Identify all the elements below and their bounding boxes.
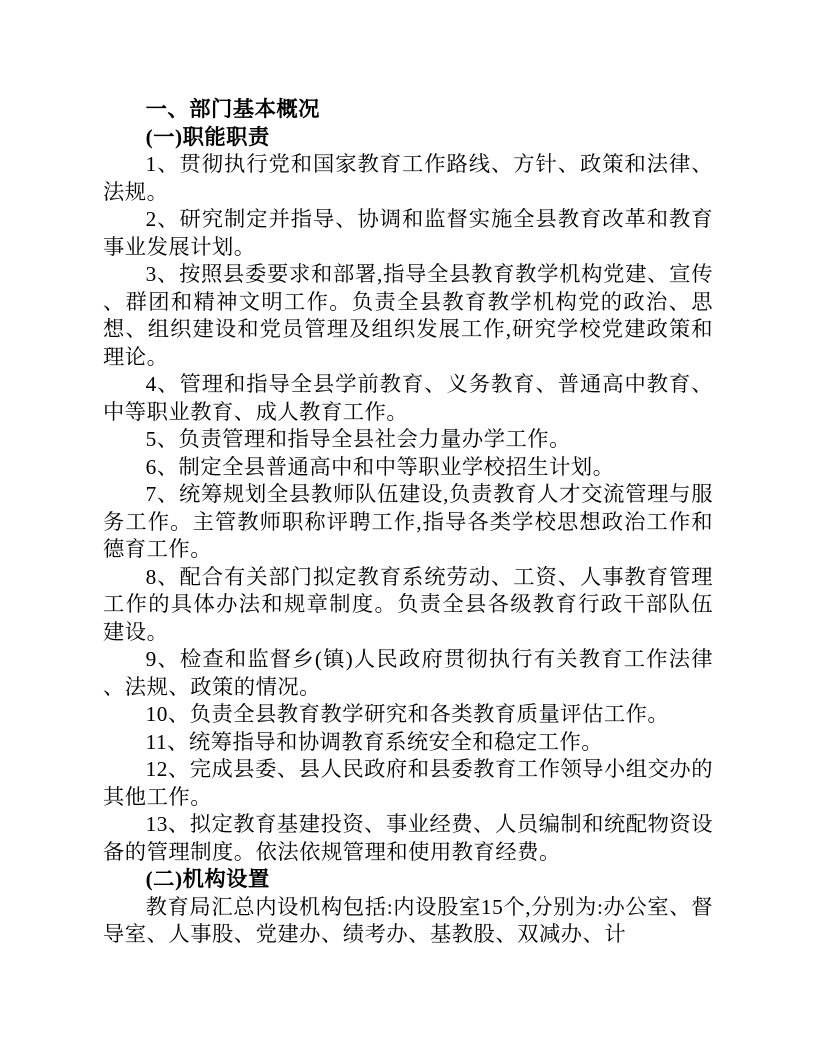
duty-paragraph-12: 12、完成县委、县人民政府和县委教育工作领导小组交办的其他工作。 (103, 756, 713, 811)
subsection-heading-structure: (二)机构设置 (103, 866, 713, 894)
structure-paragraph: 教育局汇总内设机构包括:内设股室15个,分别为:办公室、督导室、人事股、党建办、… (103, 894, 713, 949)
section-heading-basic-overview: 一、部门基本概况 (103, 96, 713, 124)
duty-paragraph-2: 2、研究制定并指导、协调和监督实施全县教育改革和教育事业发展计划。 (103, 206, 713, 261)
duty-paragraph-11: 11、统筹指导和协调教育系统安全和稳定工作。 (103, 729, 713, 757)
duty-paragraph-10: 10、负责全县教育教学研究和各类教育质量评估工作。 (103, 701, 713, 729)
duty-paragraph-9: 9、检查和监督乡(镇)人民政府贯彻执行有关教育工作法律、法规、政策的情况。 (103, 646, 713, 701)
duty-paragraph-3: 3、按照县委要求和部署,指导全县教育教学机构党建、宣传、群团和精神文明工作。负责… (103, 261, 713, 371)
duty-paragraph-5: 5、负责管理和指导全县社会力量办学工作。 (103, 426, 713, 454)
duty-paragraph-13: 13、拟定教育基建投资、事业经费、人员编制和统配物资设备的管理制度。依法依规管理… (103, 811, 713, 866)
duty-paragraph-4: 4、管理和指导全县学前教育、义务教育、普通高中教育、中等职业教育、成人教育工作。 (103, 371, 713, 426)
duty-paragraph-6: 6、制定全县普通高中和中等职业学校招生计划。 (103, 454, 713, 482)
document-page: 一、部门基本概况 (一)职能职责 1、贯彻执行党和国家教育工作路线、方针、政策和… (0, 0, 816, 1056)
duty-paragraph-8: 8、配合有关部门拟定教育系统劳动、工资、人事教育管理工作的具体办法和规章制度。负… (103, 564, 713, 647)
duty-paragraph-7: 7、统筹规划全县教师队伍建设,负责教育人才交流管理与服务工作。主管教师职称评聘工… (103, 481, 713, 564)
subsection-heading-duties: (一)职能职责 (103, 124, 713, 152)
duty-paragraph-1: 1、贯彻执行党和国家教育工作路线、方针、政策和法律、法规。 (103, 151, 713, 206)
